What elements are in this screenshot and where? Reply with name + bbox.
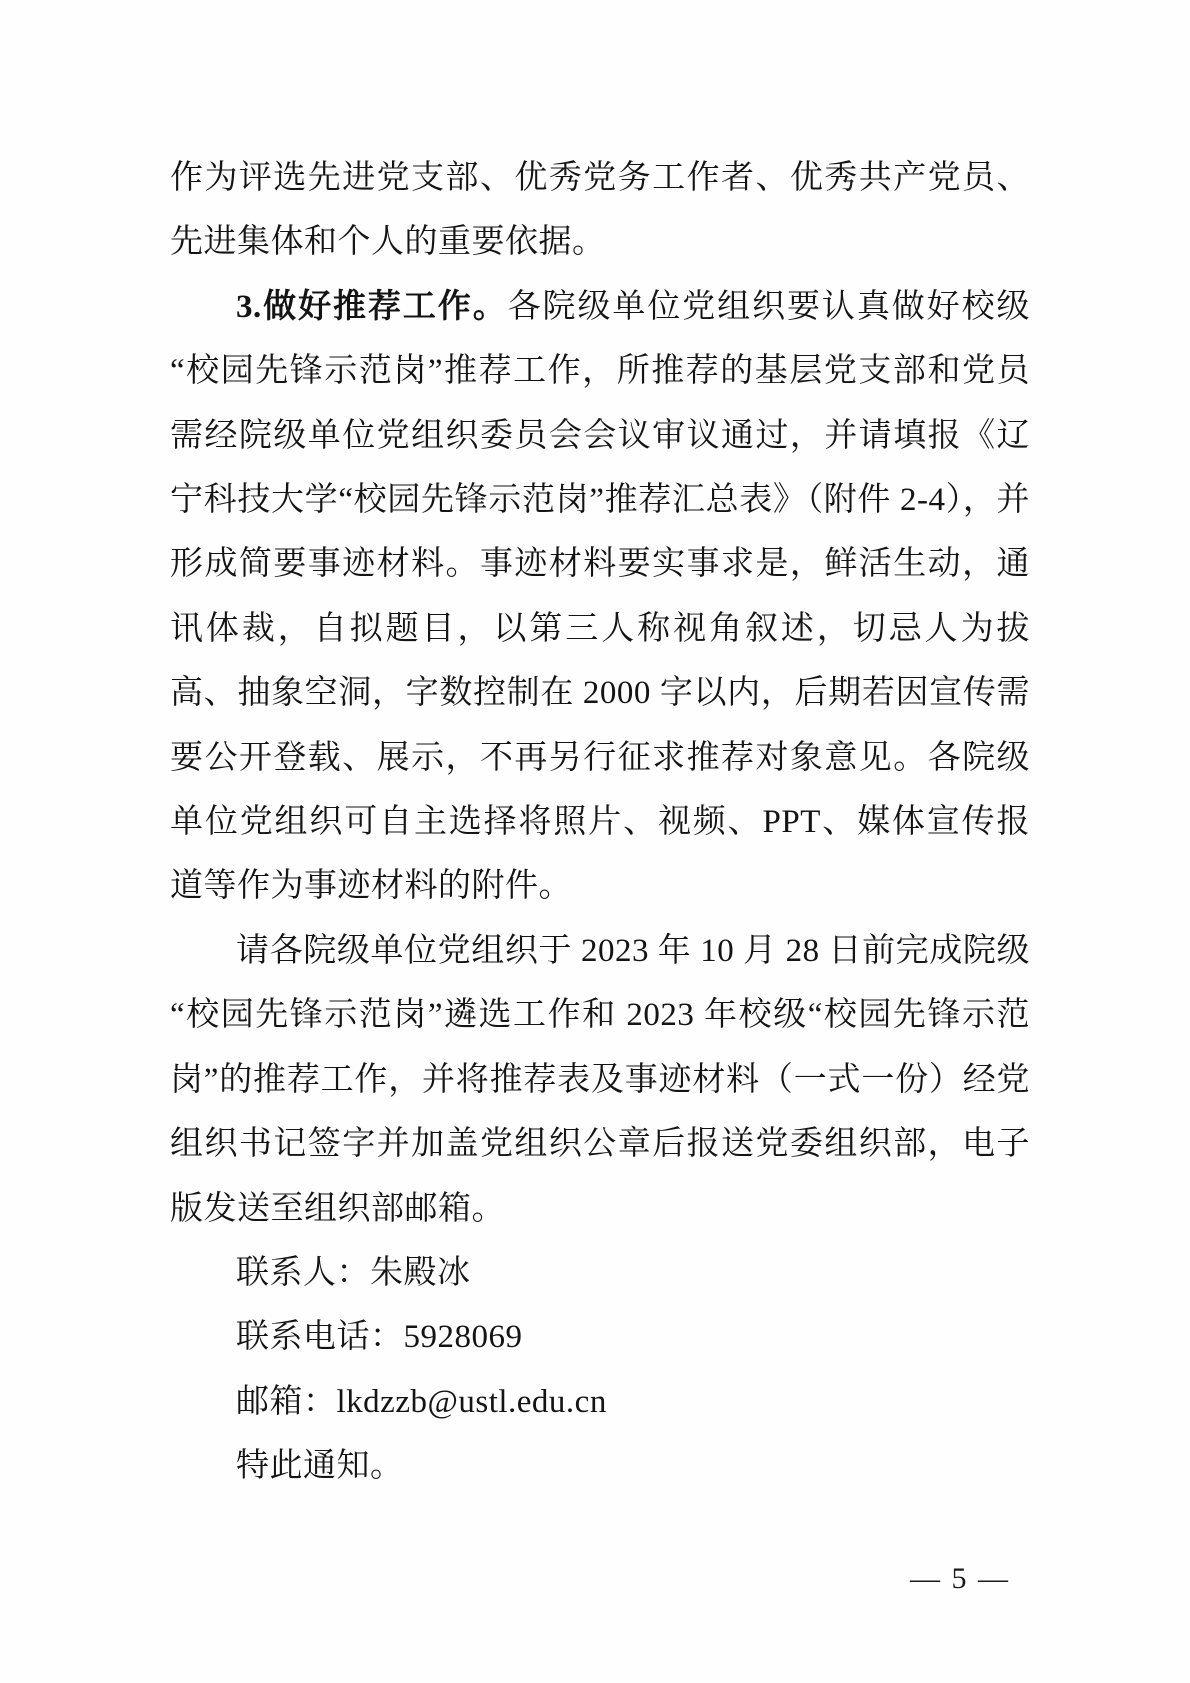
contact-person-line: 联系人：朱殿冰 <box>170 1241 1030 1305</box>
document-body: 作为评选先进党支部、优秀党务工作者、优秀共产党员、先进集体和个人的重要依据。 3… <box>170 146 1030 1499</box>
contact-phone-line: 联系电话：5928069 <box>170 1305 1030 1369</box>
page-footer: — 5 — <box>910 1562 1010 1596</box>
paragraph-continuation: 作为评选先进党支部、优秀党务工作者、优秀共产党员、先进集体和个人的重要依据。 <box>170 146 1030 275</box>
paragraph-recommendation-work: 3.做好推荐工作。各院级单位党组织要认真做好校级“校园先锋示范岗”推荐工作，所推… <box>170 275 1030 919</box>
contact-email-line: 邮箱：lkdzzb@ustl.edu.cn <box>170 1370 1030 1434</box>
closing-line: 特此通知。 <box>170 1434 1030 1498</box>
document-page: 作为评选先进党支部、优秀党务工作者、优秀共产党员、先进集体和个人的重要依据。 3… <box>0 0 1190 1683</box>
paragraph-deadline: 请各院级单位党组织于 2023 年 10 月 28 日前完成院级“校园先锋示范岗… <box>170 919 1030 1241</box>
paragraph-recommendation-text: 各院级单位党组织要认真做好校级“校园先锋示范岗”推荐工作，所推荐的基层党支部和党… <box>170 289 1030 905</box>
page-number: — 5 — <box>910 1562 1010 1595</box>
paragraph-bold-lead: 3.做好推荐工作。 <box>236 289 508 325</box>
